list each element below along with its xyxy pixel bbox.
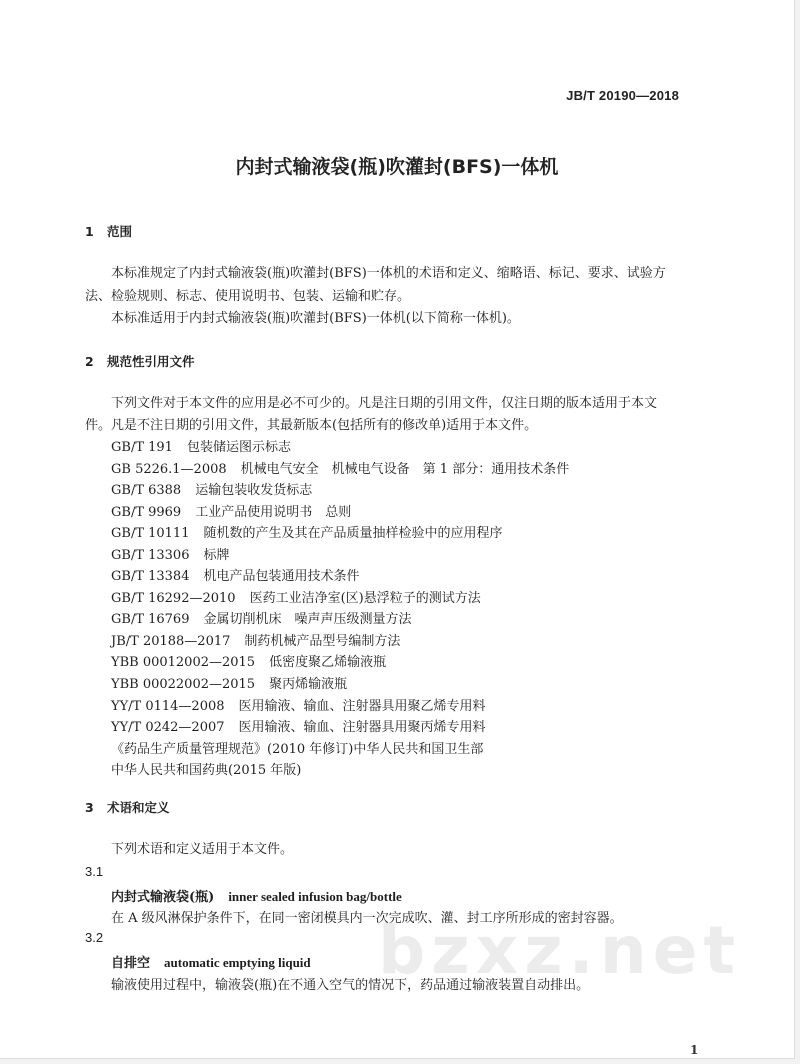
scope-paragraph-2: 本标准适用于内封式输液袋(瓶)吹灌封(BFS)一体机(以下简称一体机)。 bbox=[85, 308, 725, 329]
term-name: 内封式输液袋(瓶)inner sealed infusion bag/bottl… bbox=[111, 886, 402, 905]
reference-item: GB/T 13306标牌 bbox=[111, 545, 569, 567]
section-title: 术语和定义 bbox=[107, 800, 170, 815]
term-number: 3.1 bbox=[85, 864, 103, 879]
reference-item: YBB 00022002—2015聚丙烯输液瓶 bbox=[111, 674, 569, 696]
section-number: 3 bbox=[85, 800, 107, 815]
section-title: 规范性引用文件 bbox=[107, 354, 195, 369]
reference-item: GB/T 16292—2010医药工业洁净室(区)悬浮粒子的测试方法 bbox=[111, 588, 569, 610]
reference-item: YY/T 0114—2008医用输液、输血、注射器具用聚乙烯专用料 bbox=[111, 696, 569, 718]
reference-item: JB/T 20188—2017制药机械产品型号编制方法 bbox=[111, 631, 569, 653]
reference-item: GB/T 191包装储运图示标志 bbox=[111, 437, 569, 459]
section-number: 1 bbox=[85, 224, 107, 239]
reference-item: GB/T 10111随机数的产生及其在产品质量抽样检验中的应用程序 bbox=[111, 523, 569, 545]
term-definition: 在 A 级风淋保护条件下，在同一密闭模具内一次完成吹、灌、封工序所形成的密封容器… bbox=[111, 907, 623, 926]
document-page: JB/T 20190—2018 内封式输液袋(瓶)吹灌封(BFS)一体机 1范围… bbox=[0, 0, 795, 1059]
section-number: 2 bbox=[85, 354, 107, 369]
reference-item: GB 5226.1—2008机械电气安全 机械电气设备 第 1 部分：通用技术条… bbox=[111, 459, 569, 481]
document-title: 内封式输液袋(瓶)吹灌封(BFS)一体机 bbox=[0, 152, 794, 179]
scope-paragraph-1: 本标准规定了内封式输液袋(瓶)吹灌封(BFS)一体机的术语和定义、缩略语、标记、… bbox=[85, 263, 725, 284]
term-name: 自排空automatic emptying liquid bbox=[111, 952, 311, 971]
reference-item: YY/T 0242—2007医用输液、输血、注射器具用聚丙烯专用料 bbox=[111, 717, 569, 739]
term-number: 3.2 bbox=[85, 930, 103, 945]
reference-item: YBB 00012002—2015低密度聚乙烯输液瓶 bbox=[111, 652, 569, 674]
reference-list: GB/T 191包装储运图示标志 GB 5226.1—2008机械电气安全 机械… bbox=[111, 437, 569, 782]
scope-paragraph-1-cont: 法、检验规则、标志、使用说明书、包装、运输和贮存。 bbox=[85, 286, 725, 307]
page-number: 1 bbox=[690, 1043, 698, 1057]
term-definition: 输液使用过程中，输液袋(瓶)在不通入空气的情况下，药品通过输液装置自动排出。 bbox=[111, 974, 589, 993]
reference-item: GB/T 16769金属切削机床 噪声声压级测量方法 bbox=[111, 609, 569, 631]
references-intro-paragraph: 下列文件对于本文件的应用是必不可少的。凡是注日期的引用文件，仅注日期的版本适用于… bbox=[85, 393, 725, 414]
reference-item: GB/T 6388运输包装收发货标志 bbox=[111, 480, 569, 502]
reference-item: 《药品生产质量管理规范》(2010 年修订)中华人民共和国卫生部 bbox=[111, 739, 569, 761]
reference-item: GB/T 13384机电产品包装通用技术条件 bbox=[111, 566, 569, 588]
section-heading-normative-references: 2规范性引用文件 bbox=[85, 352, 195, 370]
section-title: 范围 bbox=[107, 224, 132, 239]
section-heading-scope: 1范围 bbox=[85, 222, 132, 240]
section-heading-terms-definitions: 3术语和定义 bbox=[85, 798, 170, 816]
references-intro-paragraph-cont: 件。凡是不注日期的引用文件，其最新版本(包括所有的修改单)适用于本文件。 bbox=[85, 415, 725, 436]
reference-item: GB/T 9969工业产品使用说明书 总则 bbox=[111, 502, 569, 524]
terms-intro-paragraph: 下列术语和定义适用于本文件。 bbox=[85, 839, 725, 860]
reference-item: 中华人民共和国药典(2015 年版) bbox=[111, 760, 569, 782]
standard-code: JB/T 20190—2018 bbox=[566, 88, 679, 103]
